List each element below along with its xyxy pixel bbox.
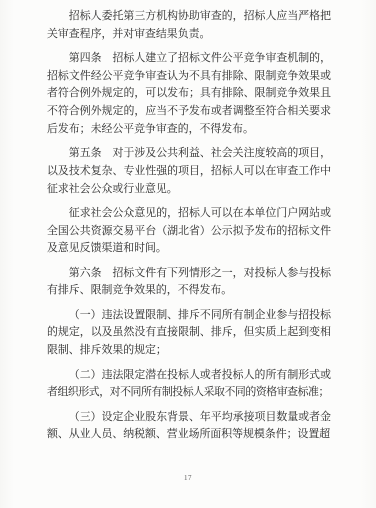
text-line: 招标文件经公平竞争审查认为不具有排除、限制竞争效果或	[47, 68, 331, 86]
text-line: 全国公共资源交易平台（湖北省）公示拟予发布的招标文件	[47, 223, 331, 241]
paragraph-article-5: 第五条 对于涉及公共利益、社会关注度较高的项目， 以及技术复杂、专业性强的项目，…	[47, 145, 331, 198]
text-line: 有排斥、限制竞争效果的，不得发布。	[47, 282, 331, 300]
text-line: 者组织形式，对不同所有制投标人采取不同的资格审查标准；	[47, 384, 331, 402]
text-line: 额、从业人员、纳税额、营业场所面积等规模条件；设置超	[47, 426, 331, 444]
paragraph: 招标人委托第三方机构协助审查的，招标人应当严格把 关审查程序，并对审查结果负责。	[47, 8, 331, 43]
text-line: 的规定，以及虽然没有直接限制、排斥，但实质上起到变相	[47, 324, 331, 342]
text-line: 后发布；未经公平竞争审查的，不得发布。	[47, 121, 331, 139]
text-line: （三）设定企业股东背景、年平均承接项目数量或者金	[47, 409, 331, 427]
text-line: 及意见反馈渠道和时间。	[47, 240, 331, 258]
paragraph-item-1: （一）违法设置限制、排斥不同所有制企业参与招投标 的规定，以及虽然没有直接限制、…	[47, 307, 331, 360]
paragraph-article-6: 第六条 招标文件有下列情形之一，对投标人参与投标 有排斥、限制竞争效果的，不得发…	[47, 265, 331, 300]
text-block: 招标人委托第三方机构协助审查的，招标人应当严格把 关审查程序，并对审查结果负责。…	[47, 8, 331, 451]
text-line: 第五条 对于涉及公共利益、社会关注度较高的项目，	[47, 145, 331, 163]
text-line: 者符合例外规定的，可以发布；具有排除、限制竞争效果且	[47, 85, 331, 103]
text-line: 招标人委托第三方机构协助审查的，招标人应当严格把	[47, 8, 331, 26]
text-line: （一）违法设置限制、排斥不同所有制企业参与招投标	[47, 307, 331, 325]
text-line: 第四条 招标人建立了招标文件公平竞争审查机制的，	[47, 50, 331, 68]
paragraph-item-2: （二）违法限定潜在投标人或者投标人的所有制形式或 者组织形式，对不同所有制投标人…	[47, 367, 331, 402]
text-line: 限制、排斥效果的规定；	[47, 342, 331, 360]
paragraph-article-4: 第四条 招标人建立了招标文件公平竞争审查机制的， 招标文件经公平竞争审查认为不具…	[47, 50, 331, 138]
text-line: （二）违法限定潜在投标人或者投标人的所有制形式或	[47, 367, 331, 385]
text-line: 征求社会公众意见的，招标人可以在本单位门户网站或	[47, 205, 331, 223]
document-page: 招标人委托第三方机构协助审查的，招标人应当严格把 关审查程序，并对审查结果负责。…	[0, 0, 376, 508]
text-line: 第六条 招标文件有下列情形之一，对投标人参与投标	[47, 265, 331, 283]
paragraph-item-3: （三）设定企业股东背景、年平均承接项目数量或者金 额、从业人员、纳税额、营业场所…	[47, 409, 331, 444]
text-line: 以及技术复杂、专业性强的项目，招标人可以在审查工作中	[47, 163, 331, 181]
text-line: 征求社会公众或行业意见。	[47, 181, 331, 199]
paragraph: 征求社会公众意见的，招标人可以在本单位门户网站或 全国公共资源交易平台（湖北省）…	[47, 205, 331, 258]
text-line: 关审查程序，并对审查结果负责。	[47, 26, 331, 44]
page-number: 17	[0, 474, 376, 482]
text-line: 不符合例外规定的，应当不予发布或者调整至符合相关要求	[47, 103, 331, 121]
